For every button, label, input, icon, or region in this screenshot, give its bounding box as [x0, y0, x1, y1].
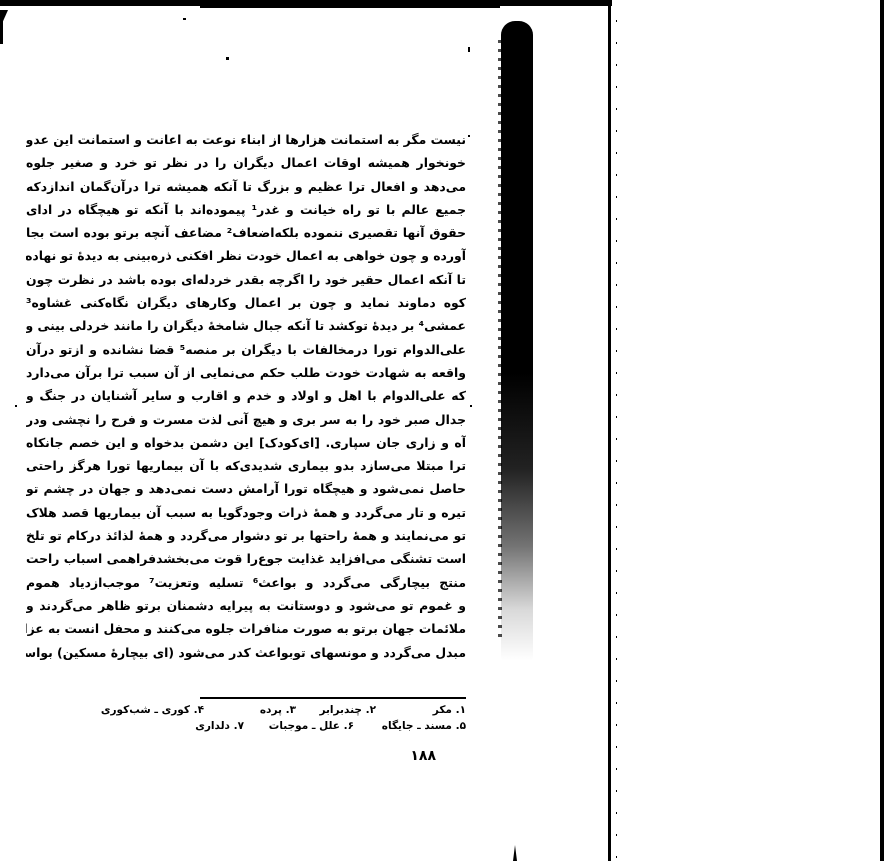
text-line: تو می‌نمایند و همهٔ راحتها بر تو دشوار م…: [26, 524, 466, 547]
scan-speck: [468, 47, 470, 52]
footnote-item: ۳. پرده: [204, 702, 296, 718]
book-binding-shadow-edge: [498, 40, 502, 640]
text-line: جمیع عالم با تو راه خیانت و غدر¹ پیموده‌…: [26, 198, 466, 221]
text-line: واقعه به شهادت خودت طلب حکم می‌نمایی از …: [26, 361, 466, 384]
footnote-item: ۷. دلداری: [124, 718, 244, 734]
page-edge-line: [608, 0, 611, 861]
footnote-item: ۲. چندبرابر: [296, 702, 376, 718]
footnote-item: ۱. مکر: [376, 702, 466, 718]
scan-corner-mark-stem: [0, 14, 3, 44]
footnote-item: ۴. کوری ـ شب‌کوری: [44, 702, 204, 718]
scan-top-border-thin: [200, 6, 500, 8]
text-line: ملائمات جهان برتو به صورت منافرات جلوه م…: [26, 617, 466, 640]
book-binding-foot-mark: [510, 845, 520, 861]
footnote-item: ۶. علل ـ موجبات: [244, 718, 354, 734]
scan-right-edge: [880, 0, 884, 861]
scan-speck: [468, 135, 470, 137]
text-line: می‌دهد و افعال ترا عظیم و بزرگ تا آنکه ه…: [26, 175, 466, 198]
text-line: ترا مبتلا می‌سازد بدو بیماری شدیدی‌که با…: [26, 454, 466, 477]
footnote-row: ۵. مسند ـ جایگاه ۶. علل ـ موجبات ۷. دلدا…: [26, 718, 466, 734]
text-line: و غموم تو می‌شود و دوستانت به پیرایه دشم…: [26, 594, 466, 617]
text-line: جدال صبر خود را به سر بری و هیچ آنی لذت …: [26, 408, 466, 431]
text-line: است تشنگی می‌افزاید غذایت جوع‌را قوت می‌…: [26, 547, 466, 570]
scan-speck: [183, 18, 186, 20]
page-body-text: نیست مگر به استمانت هزارها از ابناء نوعت…: [26, 128, 466, 664]
text-line: آه و زاری جان سپاری. [ای‌کودک] این دشمن …: [26, 431, 466, 454]
footnote-row: ۱. مکر ۲. چندبرابر ۳. پرده ۴. کوری ـ شب‌…: [26, 702, 466, 718]
scan-speck: [226, 57, 229, 60]
text-line: عمشی⁴ بر دیدهٔ توکشد تا آنکه جبال شامخهٔ…: [26, 314, 466, 337]
text-line: حاصل نمی‌شود و هیچگاه تورا آرامش دست نمی…: [26, 477, 466, 500]
scan-speck: [15, 405, 17, 407]
text-line: تا آنکه اعمال حقیر خود را اگرچه بقدر خرد…: [26, 268, 466, 291]
text-line: نیست مگر به استمانت هزارها از ابناء نوعت…: [26, 128, 466, 151]
text-line: مبدل می‌گردد و مونسهای توبواعث کدر می‌شو…: [26, 641, 466, 664]
text-line: که علی‌الدوام با اهل و اولاد و خدم و اقا…: [26, 384, 466, 407]
footnote-separator: [200, 697, 466, 699]
page-number: ۱۸۸: [396, 748, 436, 764]
book-binding-shadow: [501, 21, 533, 661]
text-line: خونخوار همیشه اوقات اعمال دیگران را در ن…: [26, 151, 466, 174]
scan-speck: [470, 405, 472, 407]
text-line: تیره و تار می‌گردد و همهٔ ذرات وجودگویا …: [26, 501, 466, 524]
text-line: کوه دماوند نماید و چون بر اعمال وکارهای …: [26, 291, 466, 314]
text-line: آورده و چون خواهی به اعمال خودت نظر افکن…: [26, 244, 466, 267]
text-line: حقوق آنها تقصیری ننموده بلکه‌اضعاف² مضاع…: [26, 221, 466, 244]
text-line: منتج بیچارگی می‌گردد و بواعث⁶ تسلیه وتعز…: [26, 571, 466, 594]
footnotes: ۱. مکر ۲. چندبرابر ۳. پرده ۴. کوری ـ شب‌…: [26, 702, 466, 734]
page-edge-dots: [616, 20, 617, 860]
footnote-item: ۵. مسند ـ جایگاه: [354, 718, 466, 734]
text-line: علی‌الدوام تورا درمخالفات با دیگران بر م…: [26, 338, 466, 361]
